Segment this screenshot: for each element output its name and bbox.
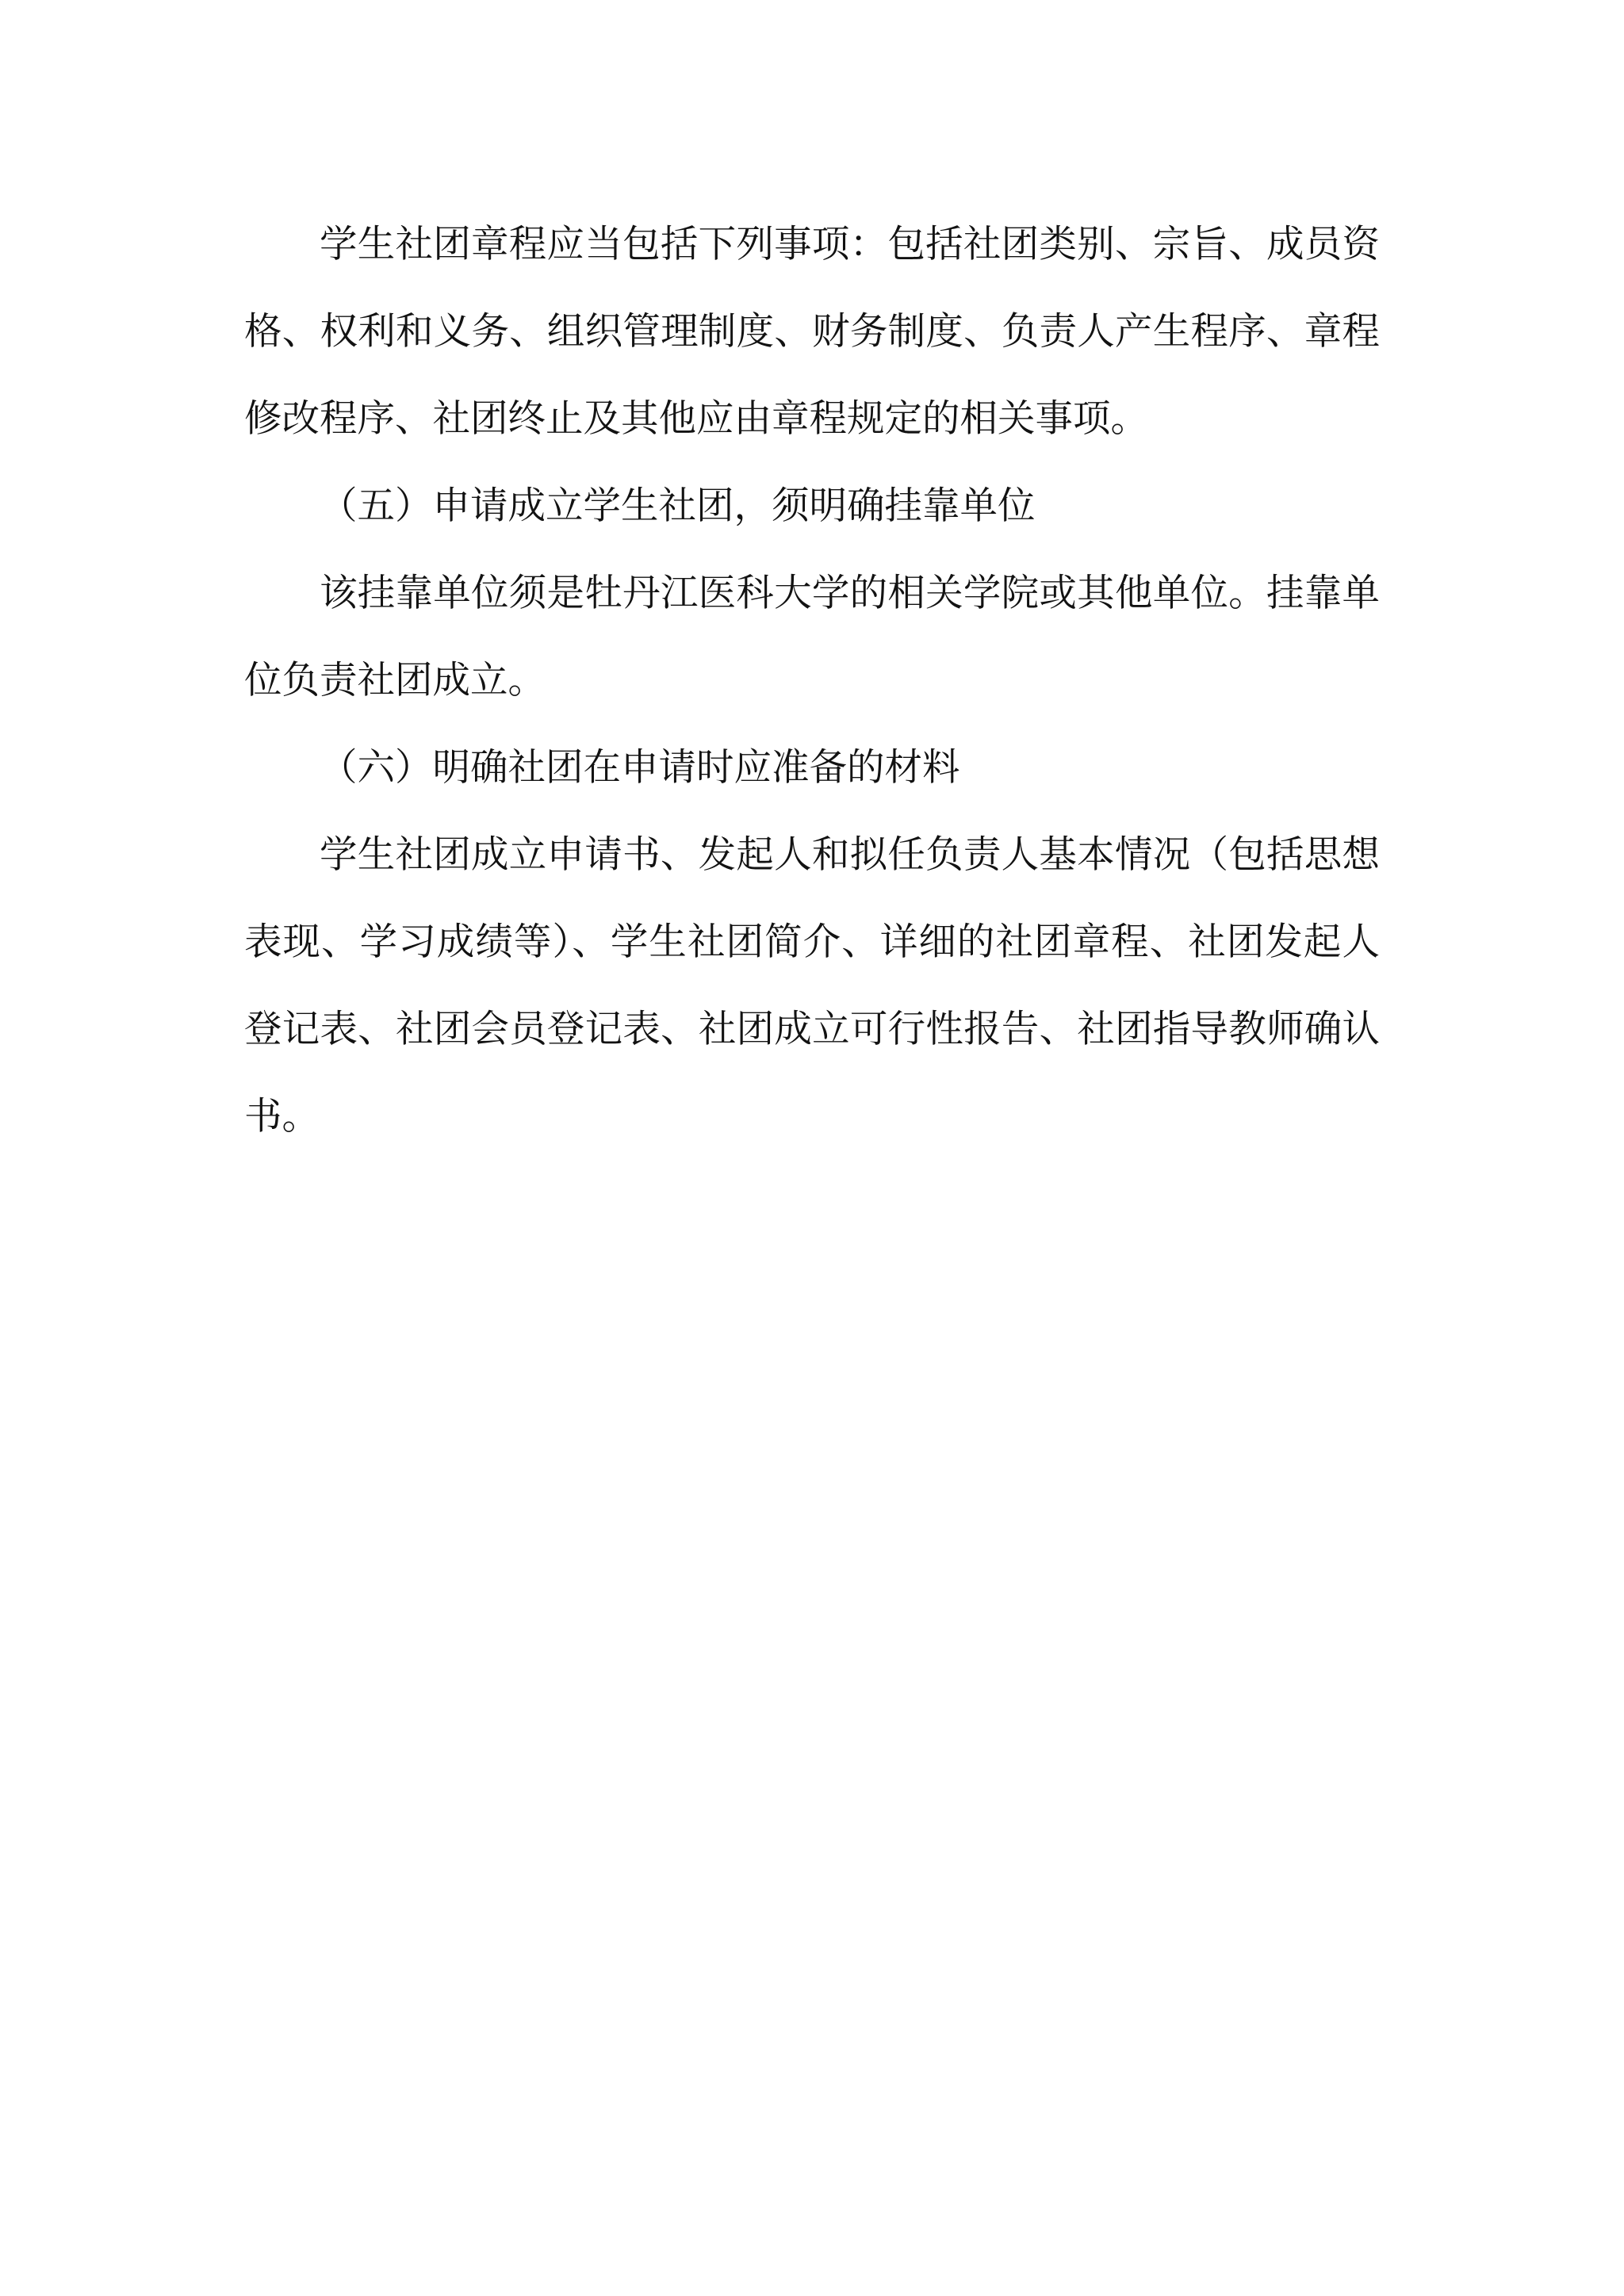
text-block: 学生社团章程应当包括下列事项：包括社团类别、宗旨、成员资 格、权利和义务、组织管… bbox=[244, 201, 1380, 1161]
text-line: （五）申请成立学生社团，须明确挂靠单位 bbox=[244, 463, 1380, 550]
text-line: 位负责社团成立。 bbox=[244, 637, 1380, 725]
text-line: 格、权利和义务、组织管理制度、财务制度、负责人产生程序、章程 bbox=[244, 289, 1380, 376]
text-line: 学生社团章程应当包括下列事项：包括社团类别、宗旨、成员资 bbox=[244, 201, 1380, 289]
text-line: 学生社团成立申请书、发起人和拟任负责人基本情况（包括思想 bbox=[244, 812, 1380, 899]
text-line: （六）明确社团在申请时应准备的材料 bbox=[244, 725, 1380, 812]
document-page: 学生社团章程应当包括下列事项：包括社团类别、宗旨、成员资 格、权利和义务、组织管… bbox=[0, 0, 1624, 2296]
text-line: 登记表、社团会员登记表、社团成立可行性报告、社团指导教师确认 bbox=[244, 986, 1380, 1073]
text-line: 书。 bbox=[244, 1073, 1380, 1161]
text-line: 修改程序、社团终止及其他应由章程规定的相关事项。 bbox=[244, 376, 1380, 463]
text-line: 该挂靠单位须是牡丹江医科大学的相关学院或其他单位。挂靠单 bbox=[244, 550, 1380, 637]
text-line: 表现、学习成绩等）、学生社团简介、详细的社团章程、社团发起人 bbox=[244, 899, 1380, 986]
